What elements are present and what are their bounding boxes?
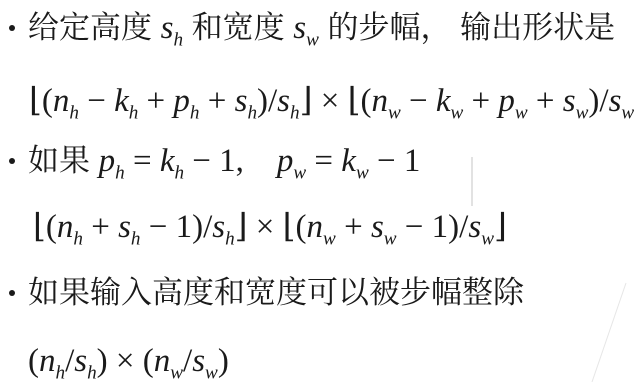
- math-segment: sh: [161, 10, 183, 46]
- math-segment: sw: [293, 10, 319, 46]
- bullet-icon: [9, 158, 15, 164]
- formula-padding-case: ⌊(nh + sh − 1)/sh⌋ × ⌊(nw + sw − 1)/sw⌋: [33, 204, 507, 250]
- text-segment: 和宽度: [183, 10, 293, 45]
- math-segment: ⌊(nh + sh − 1)/sh⌋ × ⌊(nw + sw − 1)/sw⌋: [33, 209, 507, 245]
- math-segment: (nh/sh) × (nw/sw): [28, 343, 229, 379]
- text-segment: 的步幅， 输出形状是: [319, 10, 615, 45]
- bullet-icon: [9, 25, 15, 31]
- formula-output-shape: ⌊(nh − kh + ph + sh)/sh⌋ × ⌊(nw − kw + p…: [29, 78, 634, 124]
- slide-page: 给定高度 sh 和宽度 sw 的步幅， 输出形状是 ⌊(nh − kh + ph…: [0, 0, 634, 382]
- math-segment: pw = kw − 1: [277, 143, 420, 179]
- math-segment: ⌊(nh − kh + ph + sh)/sh⌋ × ⌊(nw − kw + p…: [29, 83, 634, 119]
- decorative-diagonal-line: [592, 283, 626, 382]
- text-segment: 如果: [28, 143, 99, 178]
- text-segment: 给定高度: [28, 10, 161, 45]
- text-segment: 如果输入高度和宽度可以被步幅整除: [28, 275, 524, 310]
- bullet-icon: [9, 290, 15, 296]
- decorative-lines-layer: [0, 0, 634, 382]
- formula-divisible-case: (nh/sh) × (nw/sw): [28, 338, 229, 382]
- bullet-line-padding-condition: 如果 ph = kh − 1, pw = kw − 1: [8, 138, 420, 184]
- bullet-line-stride-given: 给定高度 sh 和宽度 sw 的步幅， 输出形状是: [8, 5, 615, 51]
- spacer-segment: [244, 143, 277, 179]
- bullet-line-divisible-condition: 如果输入高度和宽度可以被步幅整除: [8, 270, 524, 316]
- math-segment: ph = kh − 1,: [99, 143, 244, 179]
